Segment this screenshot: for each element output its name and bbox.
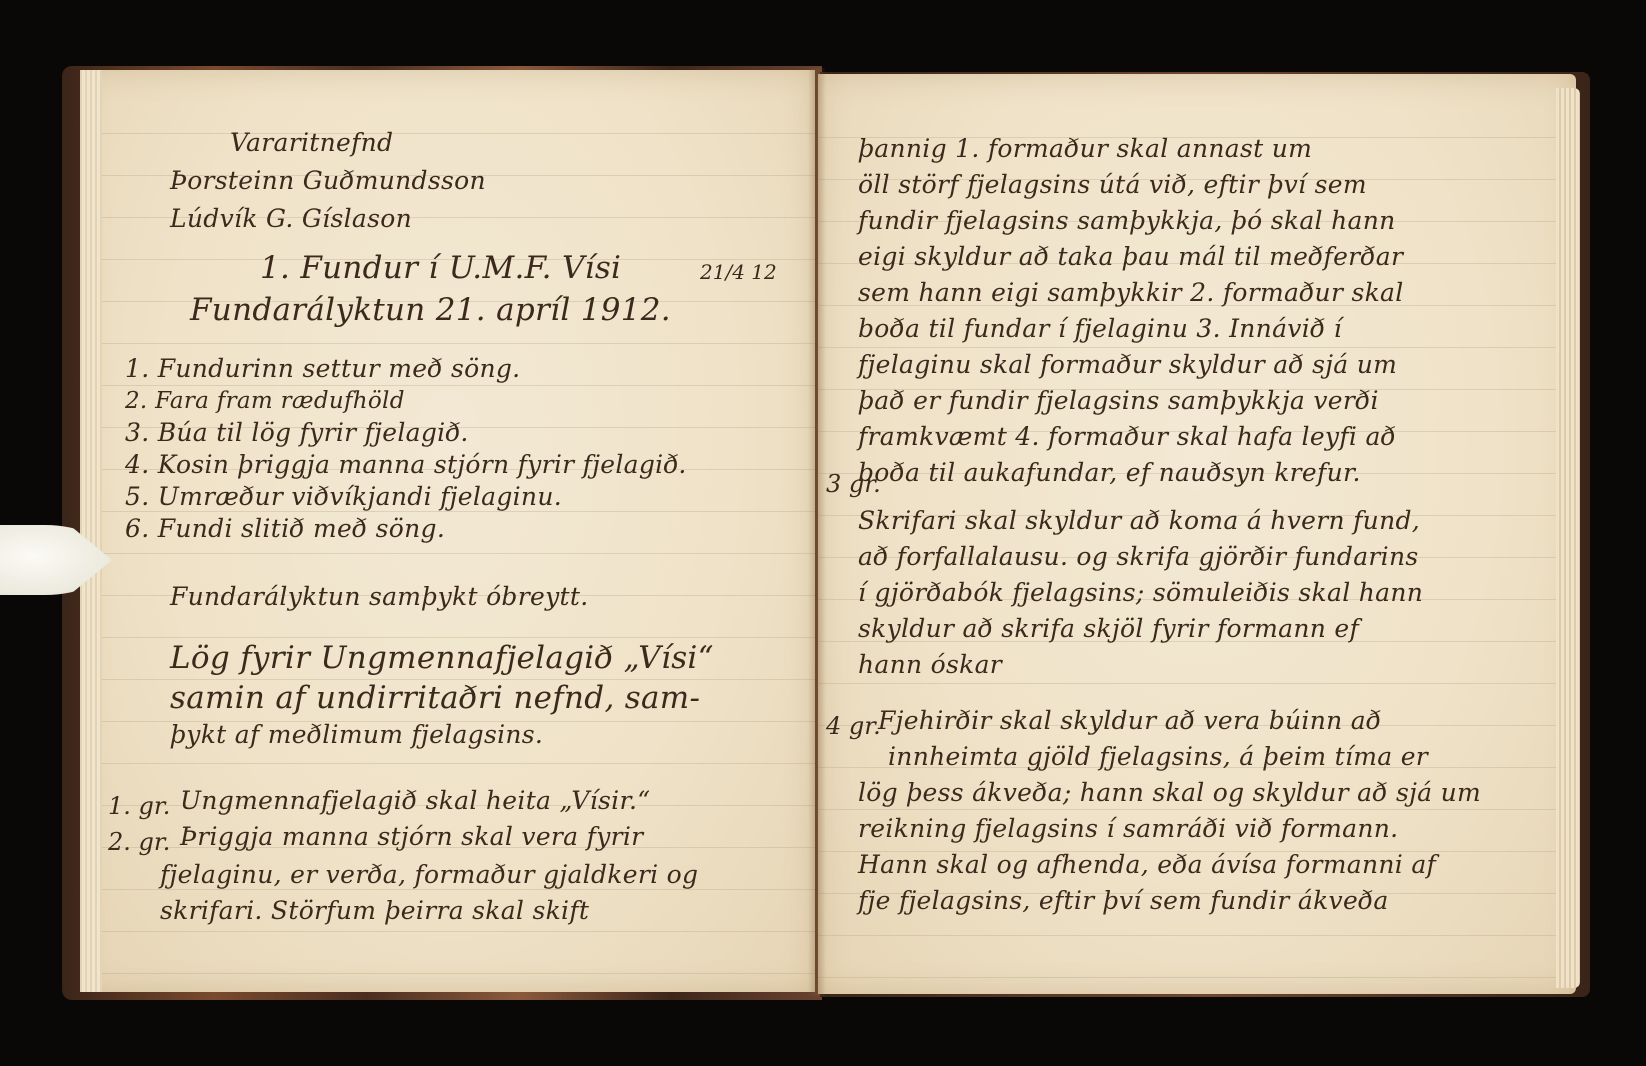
right-page: þannig 1. formaður skal annast um öll st…: [818, 74, 1576, 994]
article-line: Þriggja manna stjórn skal vera fyrir: [180, 822, 643, 851]
meeting-title: 1. Fundur í U.M.F. Vísi: [260, 250, 621, 286]
article-line: Hann skal og afhenda, eða ávísa formanni…: [858, 850, 1436, 879]
article-line: skrifari. Störfum þeirra skal skift: [160, 896, 589, 925]
article-line: að forfallalausu. og skrifa gjörðir fund…: [858, 542, 1419, 571]
agenda-item: 6. Fundi slitið með söng.: [125, 514, 445, 543]
agenda-text: Fara fram rædufhöld: [155, 388, 405, 414]
text-line: sem hann eigi samþykkir 2. formaður skal: [858, 278, 1404, 307]
agenda-item: 3. Búa til lög fyrir fjelagið.: [125, 418, 469, 447]
meeting-date-note: 21/4 12: [700, 260, 777, 284]
text-line: eigi skyldur að taka þau mál til meðferð…: [858, 242, 1403, 271]
agenda-title: Fundarályktun 21. apríl 1912.: [190, 292, 671, 328]
article-line: fje fjelagsins, eftir því sem fundir ákv…: [858, 886, 1389, 915]
text-line: það er fundir fjelagsins samþykkja verði: [858, 386, 1379, 415]
book-gutter: [808, 68, 826, 996]
article-number: 2. gr.: [108, 828, 170, 856]
text-line: öll störf fjelagsins útá við, eftir því …: [858, 170, 1367, 199]
text-line: fundir fjelagsins samþykkja, þó skal han…: [858, 206, 1396, 235]
heading-line: Lúdvík G. Gíslason: [170, 204, 412, 233]
article-line: lög þess ákveða; hann skal og skyldur að…: [858, 778, 1481, 807]
agenda-text: Fundurinn settur með söng.: [158, 354, 521, 383]
article-line: skyldur að skrifa skjöl fyrir formann ef: [858, 614, 1359, 643]
heading-line: Þorsteinn Guðmundsson: [170, 166, 486, 195]
article-line: innheimta gjöld fjelagsins, á þeim tíma …: [888, 742, 1428, 771]
text-line: fjelaginu skal formaður skyldur að sjá u…: [858, 350, 1397, 379]
text-line: boða til fundar í fjelaginu 3. Innávið í: [858, 314, 1342, 343]
resolution-line: Fundarályktun samþykt óbreytt.: [170, 582, 588, 611]
article-line: í gjörðabók fjelagsins; sömuleiðis skal …: [858, 578, 1423, 607]
agenda-item: 5. Umræður viðvíkjandi fjelaginu.: [125, 482, 562, 511]
article-number: 3 gr.: [826, 470, 881, 498]
article-number: 1. gr.: [108, 792, 170, 820]
article-line: Fjehirðir skal skyldur að vera búinn að: [878, 706, 1381, 735]
article-line: fjelaginu, er verða, formaður gjaldkeri …: [160, 860, 698, 889]
agenda-text: Kosin þriggja manna stjórn fyrir fjelagi…: [158, 450, 687, 479]
agenda-num: 4.: [125, 450, 149, 479]
text-line: boða til aukafundar, ef nauðsyn krefur.: [858, 458, 1361, 487]
page-edges-left: [80, 70, 102, 992]
text-line: þannig 1. formaður skal annast um: [858, 134, 1312, 163]
agenda-item: 2. Fara fram rædufhöld: [125, 388, 405, 414]
left-page: Vararitnefnd Þorsteinn Guðmundsson Lúdví…: [80, 70, 815, 992]
agenda-text: Fundi slitið með söng.: [158, 514, 445, 543]
agenda-text: Búa til lög fyrir fjelagið.: [158, 418, 469, 447]
agenda-num: 2.: [125, 388, 148, 414]
agenda-num: 3.: [125, 418, 149, 447]
article-line: reikning fjelagsins í samráði við forman…: [858, 814, 1398, 843]
laws-intro-line: samin af undirritaðri nefnd, sam-: [170, 680, 700, 716]
open-notebook: Vararitnefnd Þorsteinn Guðmundsson Lúdví…: [0, 0, 1646, 1066]
article-line: Ungmennafjelagið skal heita „Vísir.“: [180, 786, 650, 815]
article-line: Skrifari skal skyldur að koma á hvern fu…: [858, 506, 1420, 535]
agenda-num: 5.: [125, 482, 149, 511]
agenda-num: 6.: [125, 514, 149, 543]
agenda-item: 4. Kosin þriggja manna stjórn fyrir fjel…: [125, 450, 687, 479]
laws-intro-line: Lög fyrir Ungmennafjelagið „Vísi“: [170, 640, 714, 676]
article-line: hann óskar: [858, 650, 1002, 679]
laws-intro-line: þykt af meðlimum fjelagsins.: [170, 720, 543, 749]
page-edges-right: [1556, 88, 1580, 988]
agenda-text: Umræður viðvíkjandi fjelaginu.: [158, 482, 562, 511]
agenda-num: 1.: [125, 354, 149, 383]
agenda-item: 1. Fundurinn settur með söng.: [125, 354, 520, 383]
heading-line: Vararitnefnd: [230, 128, 393, 157]
text-line: framkvæmt 4. formaður skal hafa leyfi að: [858, 422, 1396, 451]
article-number: 4 gr.: [826, 712, 881, 740]
